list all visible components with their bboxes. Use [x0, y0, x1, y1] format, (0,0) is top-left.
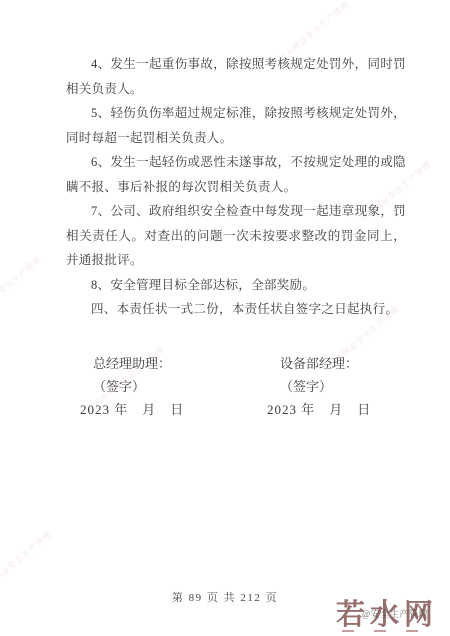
clause-item-7: 7、公司、政府组织安全检查中每发现一起违章现象，罚相关责任人。对查出的问题一次未… [66, 199, 406, 273]
clause-item-8: 8、安全管理目标全部达标，全部奖励。 [66, 273, 406, 298]
clause-item-5: 5、轻伤负伤率超过规定标准，除按照考核规定处罚外，同时每超一起罚相关负责人。 [66, 101, 406, 150]
signer-role-right: 设备部经理： [280, 352, 371, 375]
ruoshuiwang-logo: 若水网 @安全生产管理 [336, 592, 448, 632]
clause-item-4: 4、发生一起重伤事故，除按照考核规定处罚外，同时罚相关负责人。 [66, 52, 406, 101]
sign-here-label-right: （签字） [280, 375, 371, 398]
diagonal-watermark: 若水网@安全生产管理 [0, 254, 44, 320]
signature-block-left: 总经理助理： （签字） 2023 年 月 日 [93, 352, 184, 421]
document-page: 若水网@安全生产管理 若水网@安全生产管理 若水网@安全生产管理 若水网@安全生… [0, 0, 450, 636]
signature-block-right: 设备部经理： （签字） 2023 年 月 日 [280, 352, 371, 421]
logo-underline-marks [342, 630, 434, 632]
logo-overlay-text: @安全生产管理 [362, 607, 428, 620]
document-body: 4、发生一起重伤事故，除按照考核规定处罚外，同时罚相关负责人。 5、轻伤负伤率超… [66, 52, 406, 322]
signer-role-left: 总经理助理： [93, 352, 184, 375]
sign-date-left: 2023 年 月 日 [80, 398, 184, 421]
sign-here-label-left: （签字） [93, 375, 184, 398]
diagonal-watermark: 若水网@安全生产管理 [0, 529, 54, 595]
sign-date-right: 2023 年 月 日 [267, 398, 371, 421]
clause-item-si: 四、本责任状一式二份，本责任状自签字之日起执行。 [66, 297, 406, 322]
clause-item-6: 6、发生一起轻伤或恶性未遂事故，不按规定处理的或隐瞒不报、事后补报的每次罚相关负… [66, 150, 406, 199]
